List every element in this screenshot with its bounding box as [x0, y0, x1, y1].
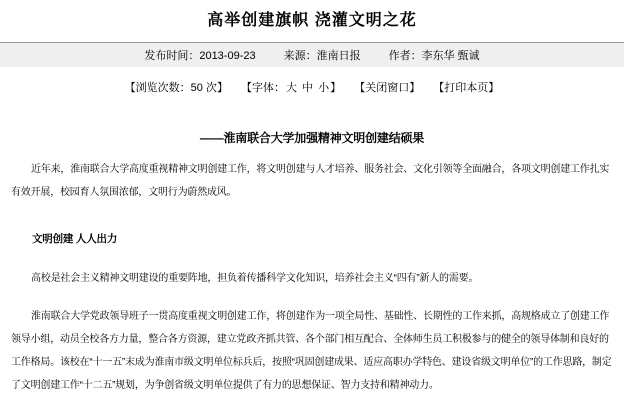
- source-label: 来源：淮南日报: [284, 47, 361, 63]
- article-subtitle: ——淮南联合大学加强精神文明创建结硕果: [11, 131, 613, 145]
- article-body: ——淮南联合大学加强精神文明创建结硕果 近年来，淮南联合大学高度重视精神文明创建…: [0, 131, 624, 397]
- author-label: 作者：李东华 甄诚: [389, 47, 480, 63]
- page-title: 高举创建旗帜 浇灌文明之花: [0, 0, 624, 31]
- close-window-button[interactable]: 【关闭窗口】: [354, 81, 420, 95]
- font-size-suffix: 】: [330, 82, 341, 94]
- paragraph-2: 高校是社会主义精神文明建设的重要阵地，担负着传播科学文化知识，培养社会主义“四有…: [11, 267, 613, 290]
- font-medium-button[interactable]: 中: [302, 82, 313, 94]
- section-heading: 文明创建 人人出力: [11, 228, 613, 251]
- meta-band: 发布时间：2013-09-23 来源：淮南日报 作者：李东华 甄诚: [0, 42, 624, 67]
- publish-date: 发布时间：2013-09-23: [144, 47, 255, 63]
- font-size-control: 【字体：大 中 小】: [241, 81, 341, 95]
- article-page: 高举创建旗帜 浇灌文明之花 发布时间：2013-09-23 来源：淮南日报 作者…: [0, 0, 624, 416]
- print-page-button[interactable]: 【打印本页】: [433, 81, 499, 95]
- font-size-prefix: 【字体：: [241, 82, 285, 94]
- font-large-button[interactable]: 大: [286, 82, 297, 94]
- paragraph-1: 近年来，淮南联合大学高度重视精神文明创建工作，将文明创建与人才培养、服务社会、文…: [11, 158, 613, 204]
- toolbar: 【浏览次数：50 次】 【字体：大 中 小】 【关闭窗口】 【打印本页】: [0, 81, 624, 95]
- paragraph-3: 淮南联合大学党政领导班子一贯高度重视文明创建工作，将创建作为一项全局性、基础性、…: [11, 305, 613, 397]
- font-small-button[interactable]: 小: [318, 82, 329, 94]
- view-count: 【浏览次数：50 次】: [125, 81, 228, 95]
